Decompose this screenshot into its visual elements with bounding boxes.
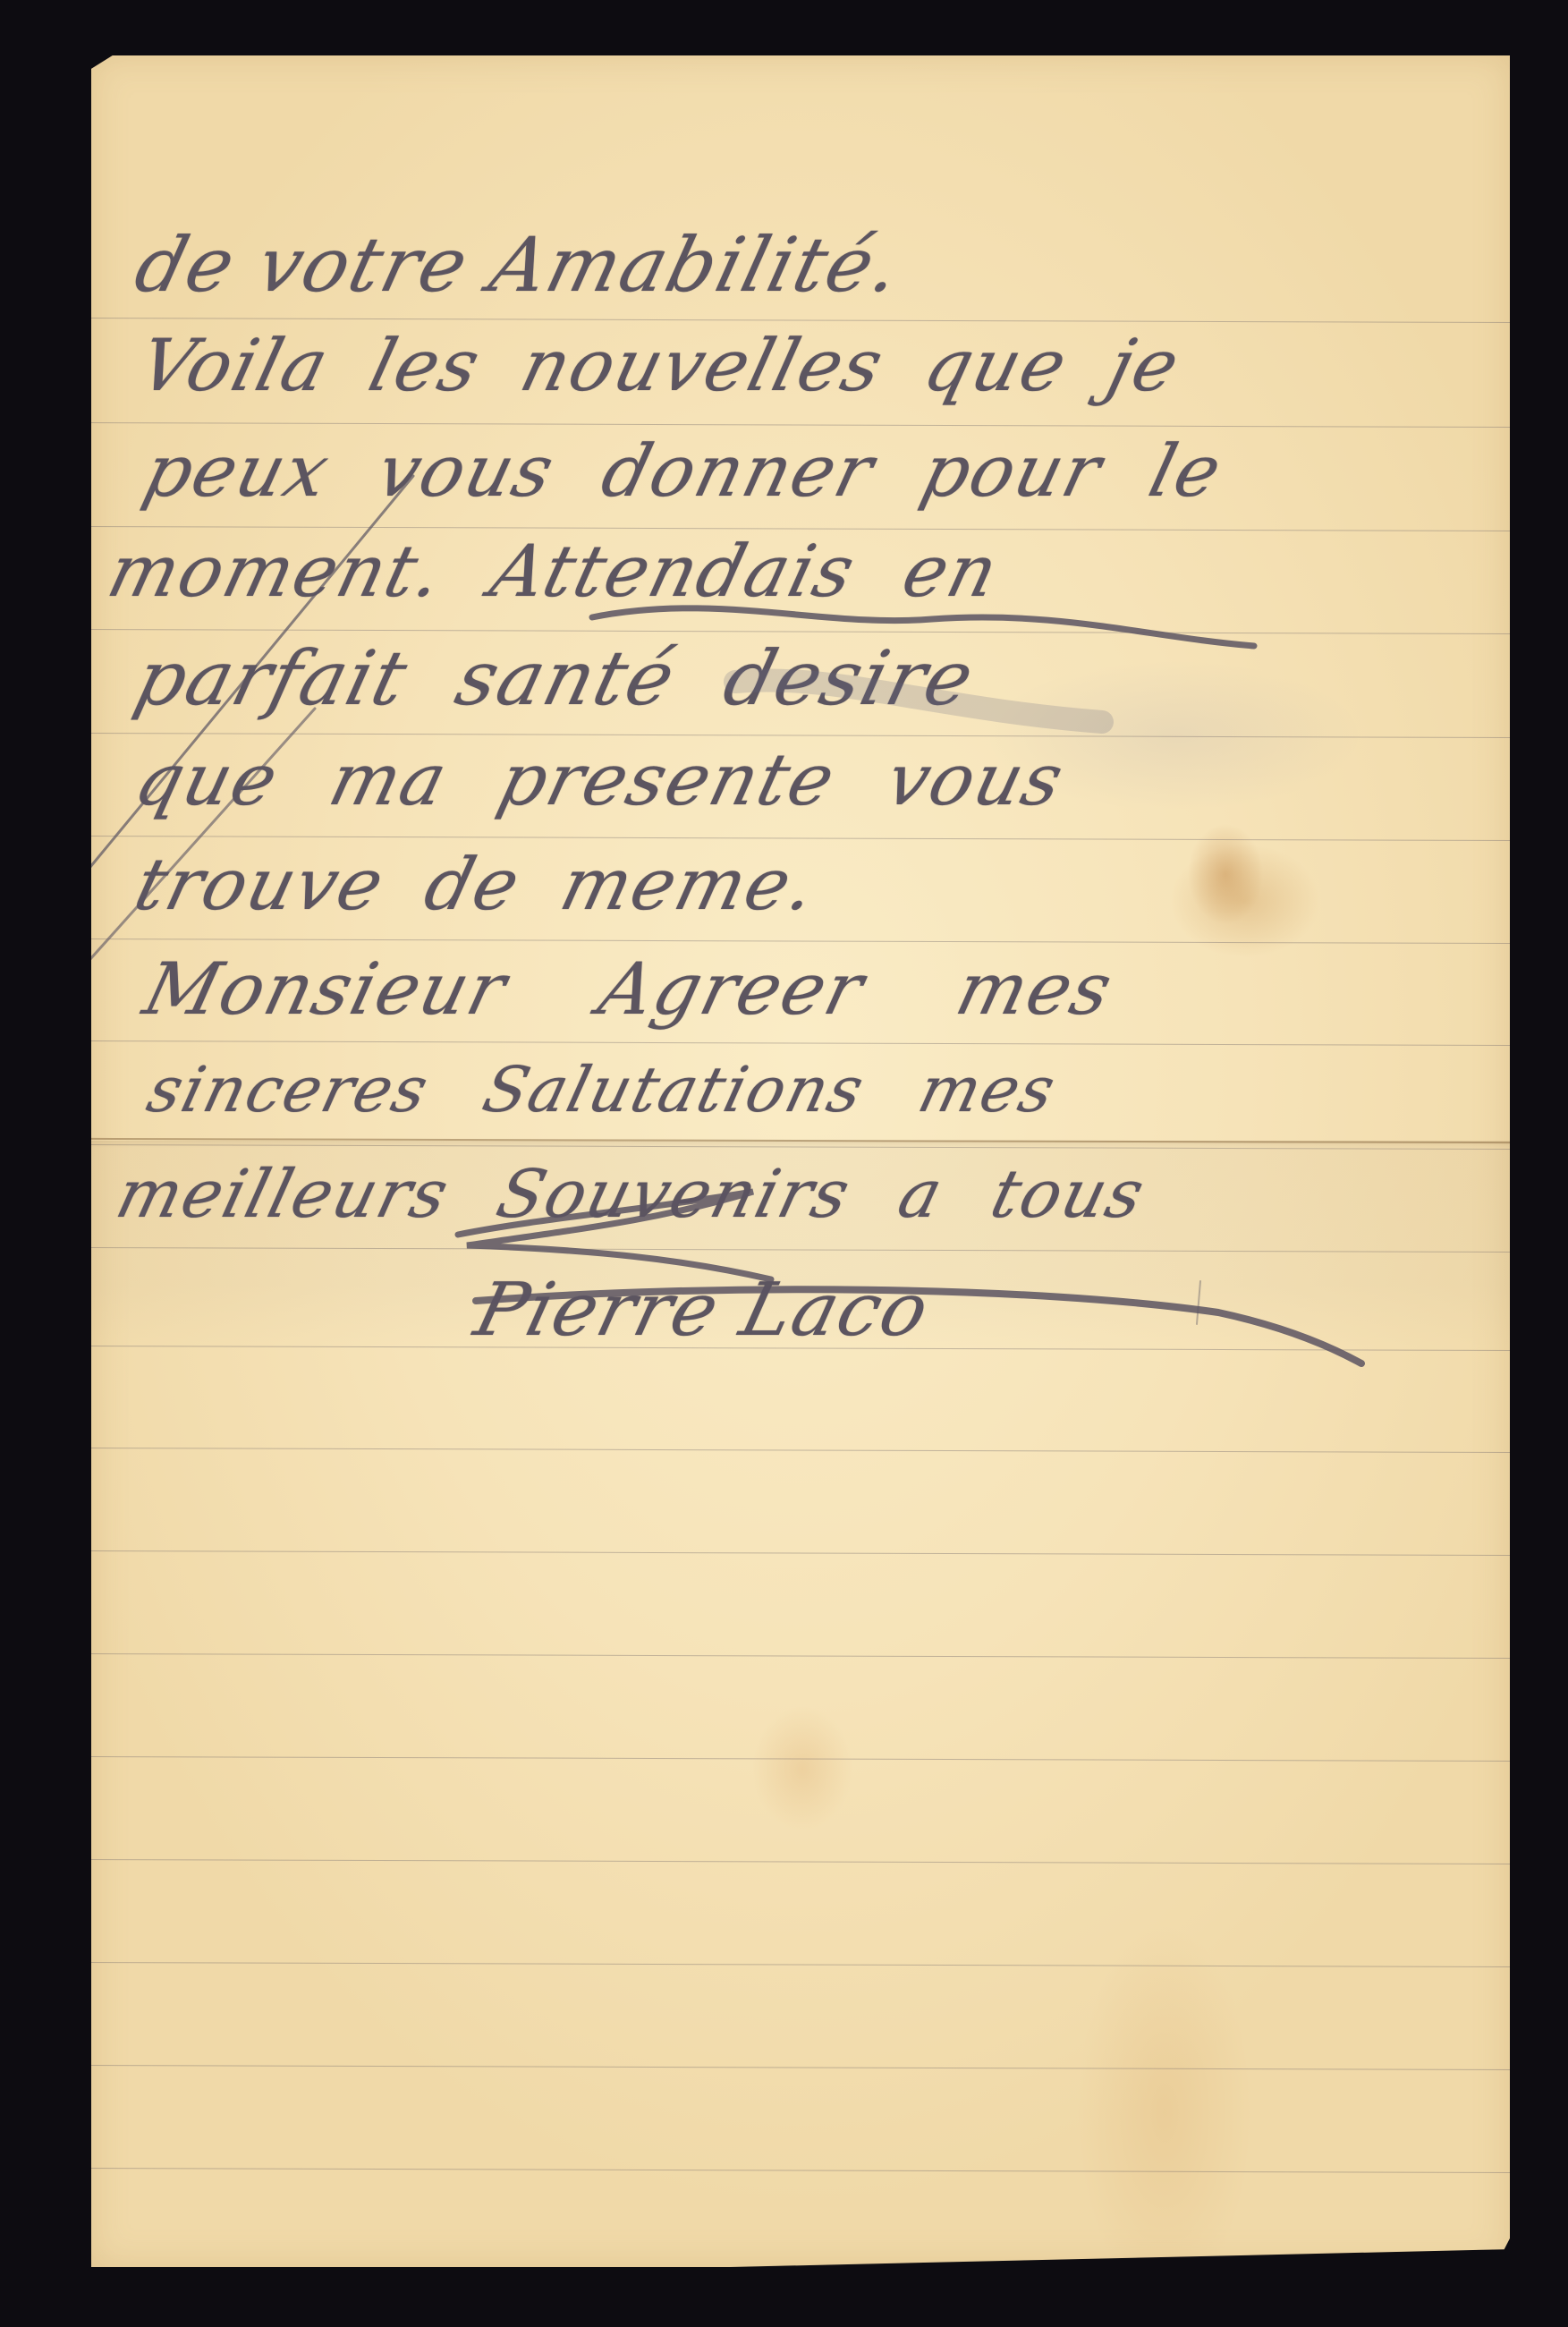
text-line-8: Monsieur Agreer mes [136, 947, 1122, 1031]
letter-page: de votre Amabilité. Voila les nouvelles … [91, 55, 1510, 2267]
text-line-9: sinceres Salutations mes [140, 1053, 1064, 1126]
signature: Pierre Laco [467, 1268, 938, 1353]
text-line-3: peux vous donner pour le [136, 429, 1231, 513]
text-line-4: moment. Attendais en [100, 530, 1007, 613]
handwritten-text: de votre Amabilité. Voila les nouvelles … [91, 55, 1510, 2267]
text-line-5: parfait santé desire [127, 634, 984, 722]
text-line-7: trouve de meme. [127, 843, 826, 926]
text-line-6: que ma presente vous [127, 738, 1072, 821]
text-line-2: Voila les nouvelles que je [131, 324, 1189, 407]
text-line-1: de votre Amabilité. [127, 221, 911, 309]
text-line-10: meilleurs Souvenirs a tous [109, 1156, 1153, 1233]
